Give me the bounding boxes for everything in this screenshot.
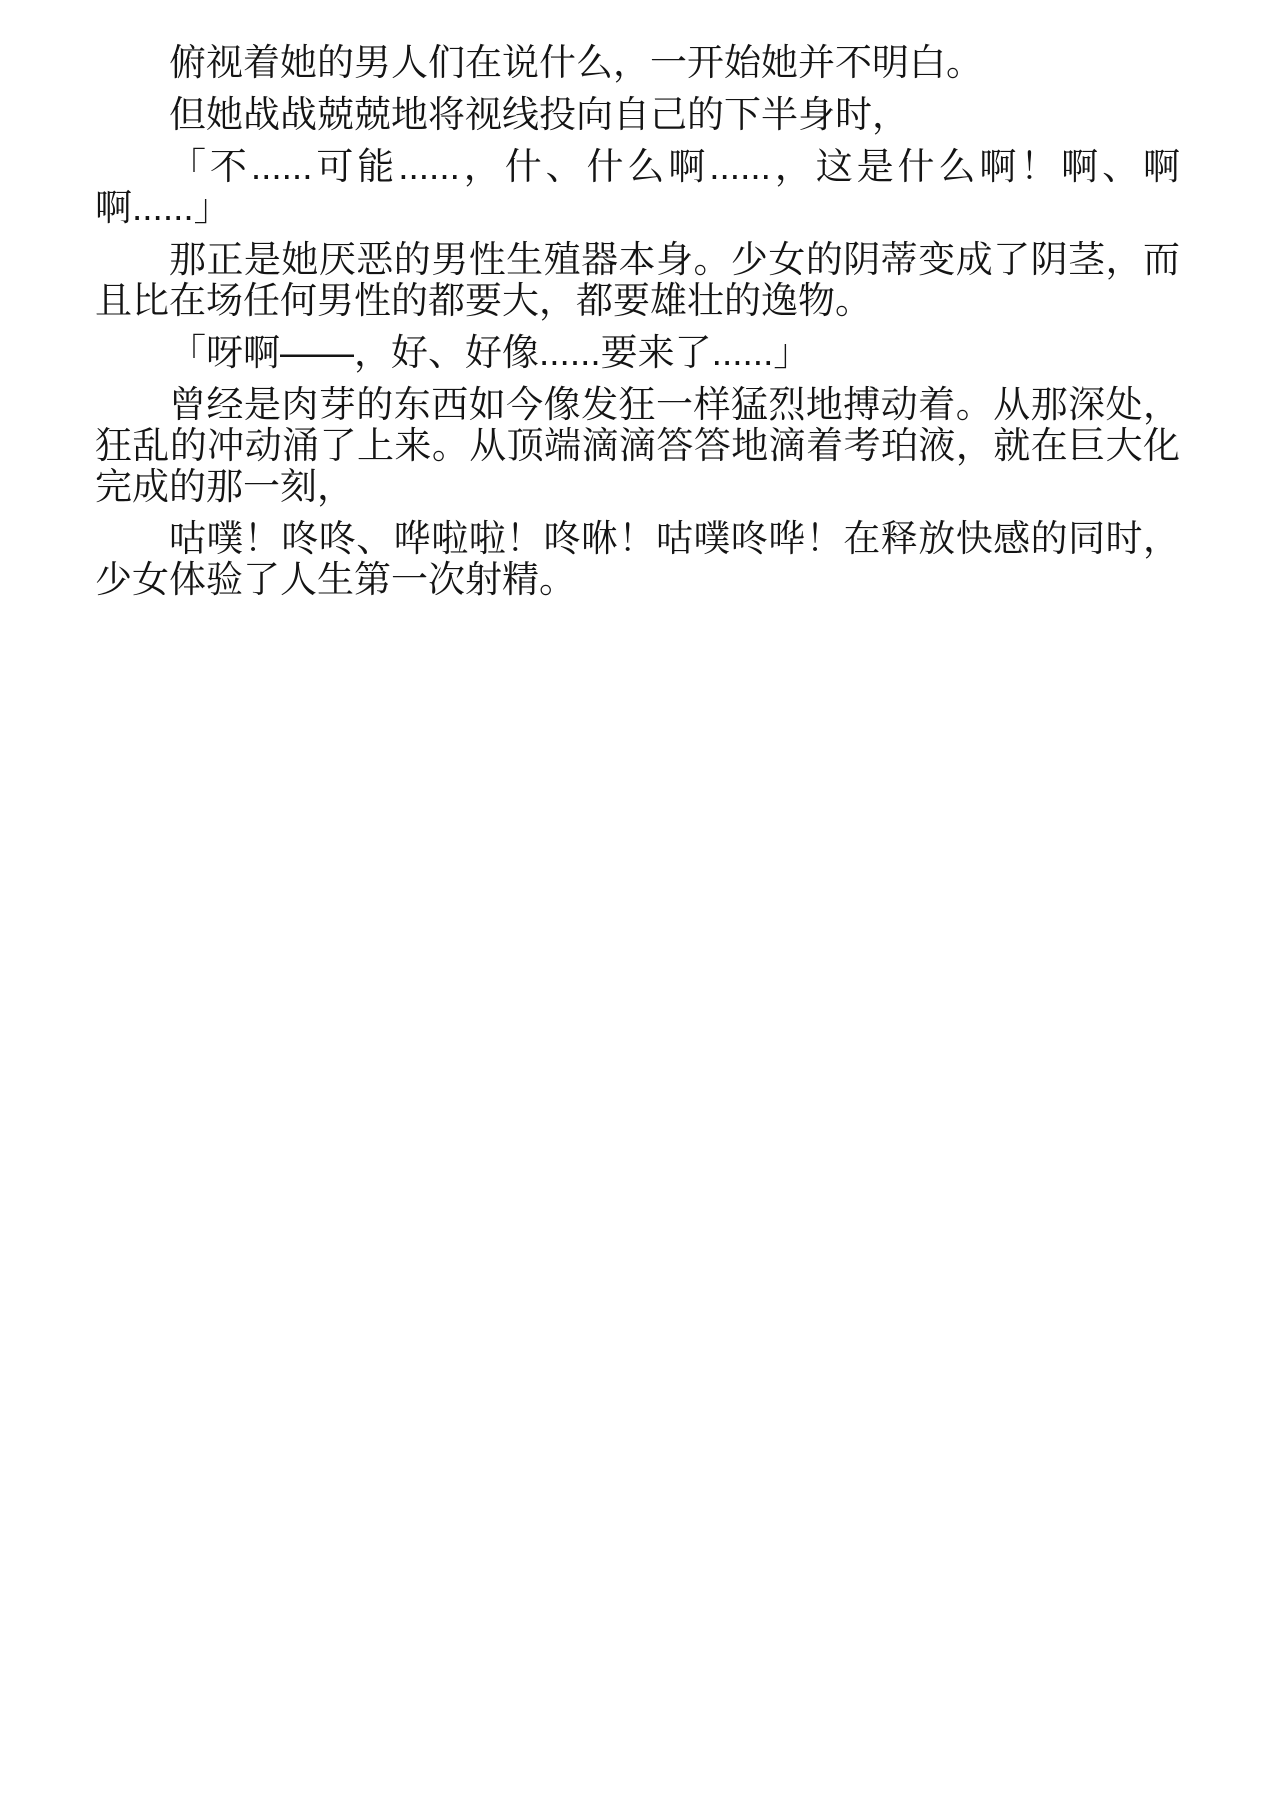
paragraph-4: 那正是她厌恶的男性生殖器本身。少女的阴蒂变成了阴茎，而且比在场任何男性的都要大，… bbox=[95, 239, 1180, 321]
paragraph-3-dialogue: 「不......可能......，什、什么啊......，这是什么啊！啊、啊啊.… bbox=[95, 146, 1180, 228]
paragraph-1: 俯视着她的男人们在说什么，一开始她并不明白。 bbox=[95, 42, 1180, 83]
document-page: 俯视着她的男人们在说什么，一开始她并不明白。 但她战战兢兢地将视线投向自己的下半… bbox=[0, 0, 1280, 1794]
paragraph-5-dialogue: 「呀啊——，好、好像......要来了......」 bbox=[95, 332, 1180, 373]
paragraph-2: 但她战战兢兢地将视线投向自己的下半身时， bbox=[95, 94, 1180, 135]
paragraph-6: 曾经是肉芽的东西如今像发狂一样猛烈地搏动着。从那深处，狂乱的冲动涌了上来。从顶端… bbox=[95, 384, 1180, 507]
paragraph-7: 咕噗！咚咚、哗啦啦！咚咻！咕噗咚哗！在释放快感的同时，少女体验了人生第一次射精。 bbox=[95, 518, 1180, 600]
